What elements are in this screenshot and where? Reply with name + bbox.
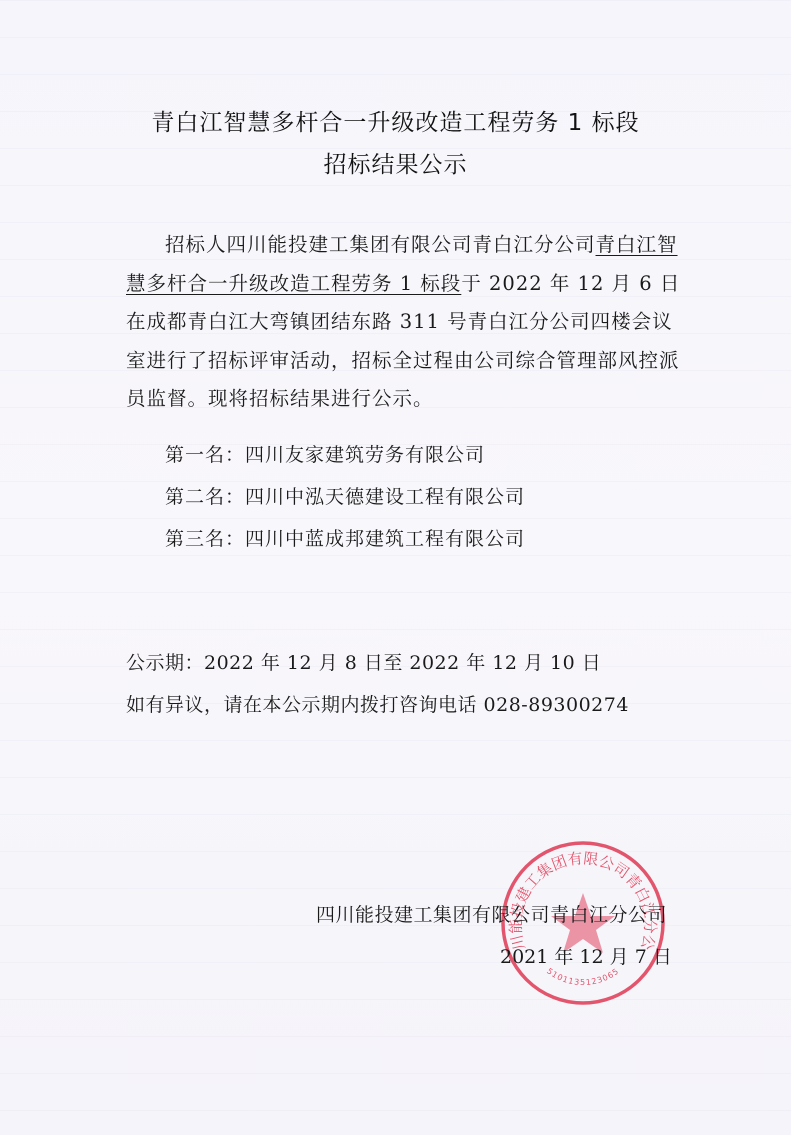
paragraph-intro: 招标人四川能投建工集团有限公司青白江分公司 <box>165 233 596 256</box>
rank-company: 四川友家建筑劳务有限公司 <box>245 444 485 466</box>
signature-date: 2021 年 12 月 7 日 <box>500 942 672 969</box>
result-second-place: 第二名：四川中泓天德建设工程有限公司 <box>165 482 525 509</box>
objection-contact: 如有异议，请在本公示期内拨打咨询电话 028-89300274 <box>126 690 629 717</box>
rank-label: 第二名： <box>165 486 245 508</box>
rank-label: 第三名： <box>165 528 245 550</box>
seal-code: 5101135123065 <box>545 966 621 987</box>
signature-organization: 四川能投建工集团有限公司青白江分公司 <box>316 900 667 927</box>
result-first-place: 第一名：四川友家建筑劳务有限公司 <box>165 440 485 467</box>
document-title: 青白江智慧多杆合一升级改造工程劳务 1 标段 <box>0 104 791 137</box>
rank-company: 四川中泓天德建设工程有限公司 <box>245 486 525 508</box>
document-page: 青白江智慧多杆合一升级改造工程劳务 1 标段 招标结果公示 招标人四川能投建工集… <box>0 0 791 1135</box>
rank-company: 四川中蓝成邦建筑工程有限公司 <box>245 528 525 550</box>
announcement-paragraph: 招标人四川能投建工集团有限公司青白江分公司青白江智慧多杆合一升级改造工程劳务 1… <box>126 226 686 419</box>
publicity-period: 公示期：2022 年 12 月 8 日至 2022 年 12 月 10 日 <box>126 648 601 675</box>
document-subtitle: 招标结果公示 <box>0 146 791 179</box>
result-third-place: 第三名：四川中蓝成邦建筑工程有限公司 <box>165 524 525 551</box>
rank-label: 第一名： <box>165 444 245 466</box>
